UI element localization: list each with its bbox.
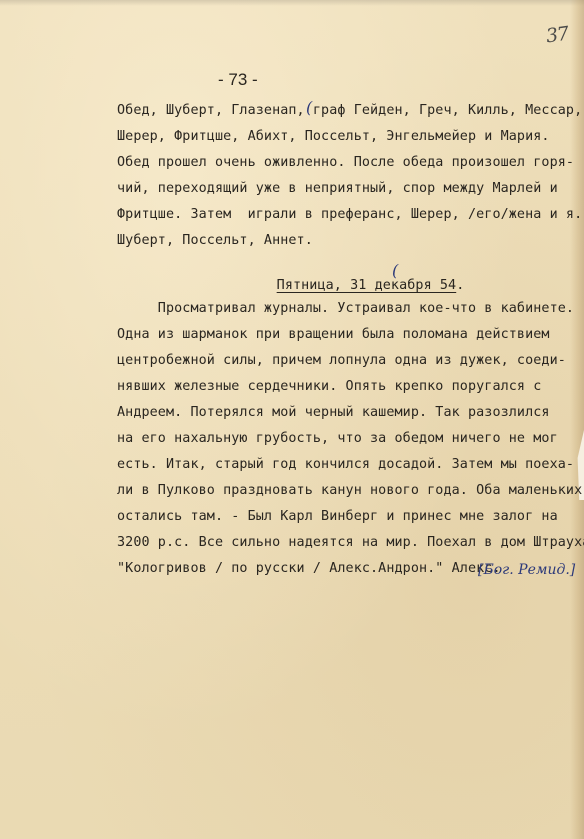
date-heading-period: . bbox=[456, 278, 464, 293]
document-page: 37 - 73 - Обед, Шуберт, Глазенап, граф Г… bbox=[0, 0, 584, 839]
page-number: - 73 - bbox=[218, 70, 258, 90]
handwritten-correction-mark: ( bbox=[306, 98, 312, 117]
folio-number: 37 bbox=[545, 23, 570, 48]
page-edge-shadow bbox=[570, 0, 584, 839]
text-line: Андреем. Потерялся мой черный кашемир. Т… bbox=[117, 405, 550, 420]
handwritten-annotation: [Бог. Ремид.] bbox=[478, 562, 575, 578]
text-line: Фритцше. Затем играли в преферанс, Шерер… bbox=[117, 207, 582, 222]
handwritten-correction-mark: ( bbox=[392, 261, 398, 280]
text-line: нявших железные сердечники. Опять крепко… bbox=[117, 379, 541, 394]
text-line: остались там. - Был Карл Винберг и прине… bbox=[117, 509, 558, 524]
text-line: чий, переходящий уже в неприятный, спор … bbox=[117, 181, 558, 196]
text-line: Шерер, Фритцше, Абихт, Поссельт, Энгельм… bbox=[117, 129, 550, 144]
text-line: Обед, Шуберт, Глазенап, граф Гейден, Гре… bbox=[117, 103, 582, 118]
text-line: ли в Пулково праздновать канун нового го… bbox=[117, 483, 582, 498]
text-line: Просматривал журналы. Устраивал кое-что … bbox=[117, 301, 574, 316]
date-heading-text: Пятница, 31 декабря 54 bbox=[277, 278, 457, 293]
text-line: Обед прошел очень оживленно. После обеда… bbox=[117, 155, 574, 170]
text-line: Шуберт, Поссельт, Аннет. bbox=[117, 233, 313, 248]
text-line: на его нахальную грубость, что за обедом… bbox=[117, 431, 558, 446]
text-line: "Кологривов / по русски / Алекс.Андрон."… bbox=[117, 561, 501, 576]
text-line: 3200 р.с. Все сильно надеятся на мир. По… bbox=[117, 535, 584, 550]
text-line: центробежной силы, причем лопнула одна и… bbox=[117, 353, 566, 368]
text-line: есть. Итак, старый год кончился досадой.… bbox=[117, 457, 574, 472]
text-line: Одна из шарманок при вращении была полом… bbox=[117, 327, 550, 342]
